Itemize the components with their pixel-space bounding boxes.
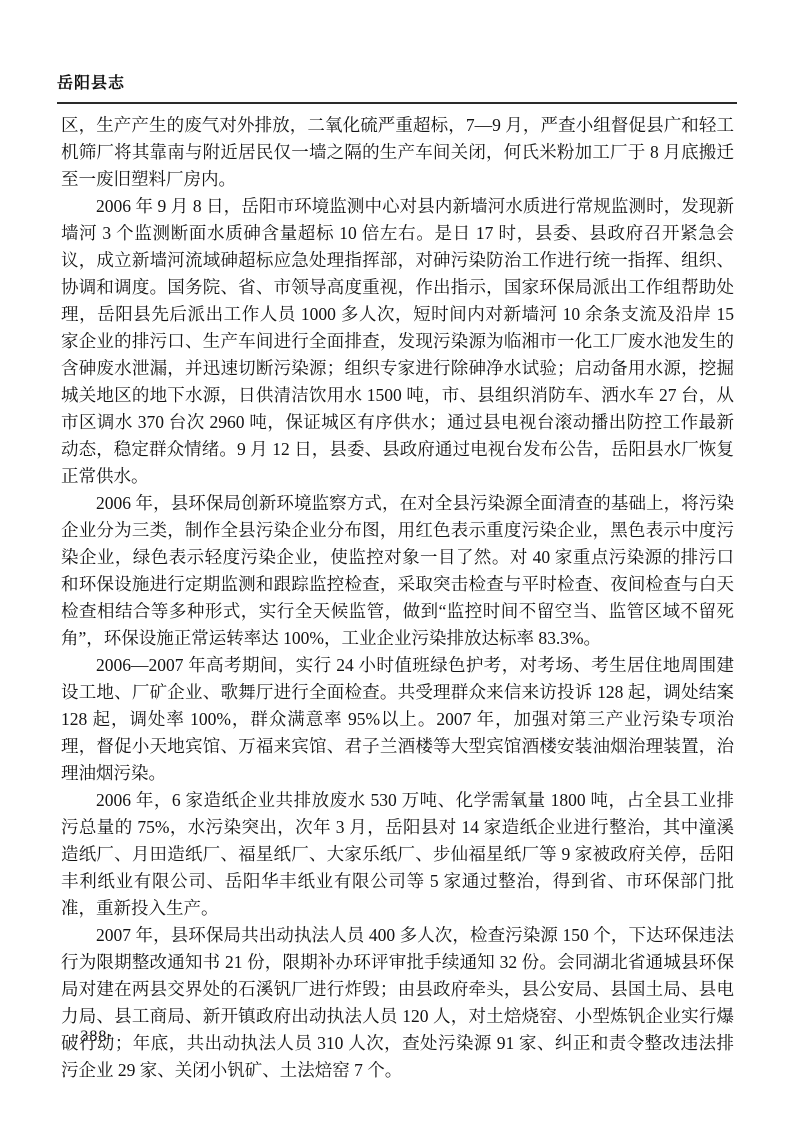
page-body: 区，生产产生的废气对外排放，二氧化硫严重超标，7—9 月，严查小组督促县广和轻工… <box>61 112 734 1084</box>
page-number: ·388· <box>74 1028 114 1046</box>
paragraph: 2006 年，县环保局创新环境监察方式，在对全县污染源全面清查的基础上，将污染企… <box>61 490 734 652</box>
running-header-title: 岳阳县志 <box>57 70 737 93</box>
paragraph: 2006 年 9 月 8 日，岳阳市环境监测中心对县内新墙河水质进行常规监测时，… <box>61 193 734 490</box>
paragraph: 2007 年，县环保局共出动执法人员 400 多人次，检查污染源 150 个，下… <box>61 922 734 1084</box>
paragraph: 2006 年，6 家造纸企业共排放废水 530 万吨、化学需氧量 1800 吨，… <box>61 787 734 922</box>
header-rule <box>57 102 737 104</box>
paragraph-continuation: 区，生产产生的废气对外排放，二氧化硫严重超标，7—9 月，严查小组督促县广和轻工… <box>61 112 734 193</box>
paragraph: 2006—2007 年高考期间，实行 24 小时值班绿色护考，对考场、考生居住地… <box>61 652 734 787</box>
running-header: 岳阳县志 <box>57 70 737 104</box>
document-page: 岳阳县志 区，生产产生的废气对外排放，二氧化硫严重超标，7—9 月，严查小组督促… <box>0 0 793 1122</box>
